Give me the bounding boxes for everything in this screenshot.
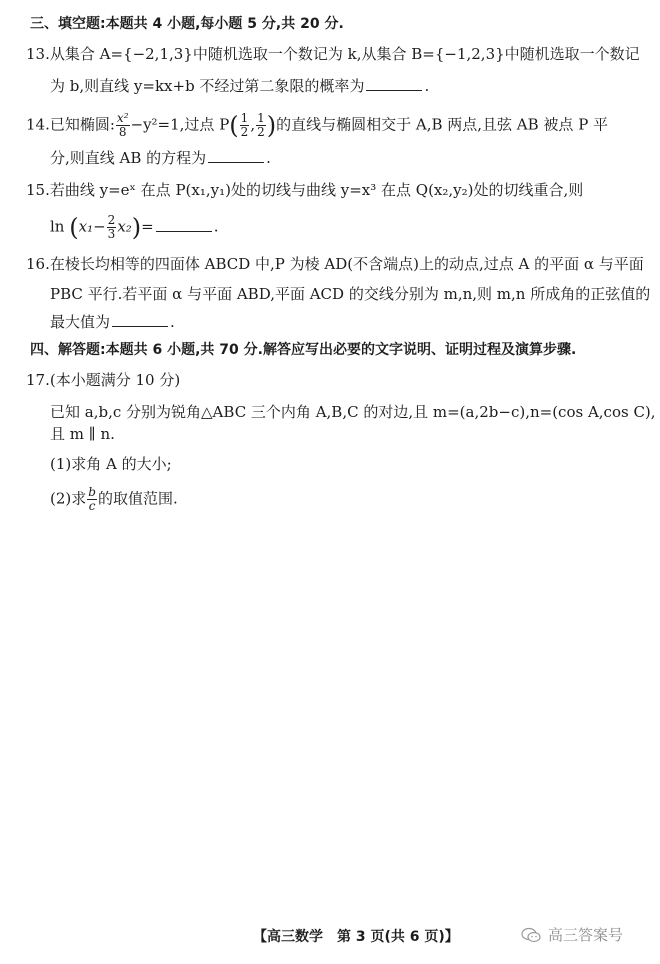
- question-17-line-1: 已知 a,b,c 分别为锐角△ABC 三个内角 A,B,C 的对边,且 m=(a…: [50, 402, 656, 422]
- question-number: 13.: [26, 45, 50, 63]
- question-16-line-3: 最大值为.: [50, 312, 175, 332]
- watermark-text: 高三答案号: [548, 924, 623, 945]
- question-14-line-1: 14.已知椭圆:x²8−y²=1,过点 P(12,12)的直线与椭圆相交于 A,…: [26, 112, 608, 139]
- period: .: [214, 218, 219, 236]
- numerator: 1: [240, 112, 250, 126]
- question-17-header: 17.(本小题满分 10 分): [26, 370, 180, 390]
- left-paren: (: [69, 214, 78, 242]
- score-note: (本小题满分 10 分): [50, 371, 180, 389]
- question-text: 分,则直线 AB 的方程为: [50, 149, 206, 167]
- denominator: 3: [108, 228, 116, 241]
- fraction: x²8: [116, 112, 130, 139]
- denominator: c: [89, 500, 96, 513]
- question-number: 17.: [26, 371, 50, 389]
- question-15-line-2: ln (x₁−23x₂)=.: [50, 214, 219, 241]
- equals: =: [141, 218, 154, 236]
- question-text: 最大值为: [50, 313, 110, 331]
- fraction: 12: [256, 112, 266, 139]
- question-text: 若曲线 y=eˣ 在点 P(x₁,y₁)处的切线与曲线 y=x³ 在点 Q(x₂…: [50, 181, 583, 199]
- question-15-line-1: 15.若曲线 y=eˣ 在点 P(x₁,y₁)处的切线与曲线 y=x³ 在点 Q…: [26, 180, 583, 200]
- question-text: 在棱长均相等的四面体 ABCD 中,P 为棱 AD(不含端点)上的动点,过点 A…: [50, 255, 644, 273]
- period: .: [266, 149, 271, 167]
- question-17-part-1: (1)求角 A 的大小;: [50, 454, 172, 474]
- period: .: [170, 313, 175, 331]
- page-footer: 【高三数学 第 3 页(共 6 页)】: [253, 926, 459, 946]
- denominator: 2: [257, 126, 265, 139]
- numerator: 1: [256, 112, 266, 126]
- question-text: 且 m ∥ n.: [50, 425, 115, 443]
- x2-term: x₂: [117, 218, 131, 236]
- question-17-line-2: 且 m ∥ n.: [50, 424, 115, 444]
- question-13-line-2: 为 b,则直线 y=kx+b 不经过第二象限的概率为.: [50, 76, 429, 96]
- question-13-line-1: 13.从集合 A={−2,1,3}中随机选取一个数记为 k,从集合 B={−1,…: [26, 44, 640, 64]
- numerator: x²: [116, 112, 130, 126]
- left-paren: (: [229, 112, 238, 140]
- question-number: 15.: [26, 181, 50, 199]
- question-14-line-2: 分,则直线 AB 的方程为.: [50, 148, 271, 168]
- denominator: 8: [119, 126, 127, 139]
- wechat-icon: [520, 927, 542, 943]
- answer-blank: [208, 148, 264, 163]
- section-3-heading: 三、填空题:本题共 4 小题,每小题 5 分,共 20 分.: [30, 14, 344, 34]
- period: .: [424, 77, 429, 95]
- question-number: 14.: [26, 116, 50, 134]
- question-text: 的直线与椭圆相交于 A,B 两点,且弦 AB 被点 P 平: [276, 116, 608, 134]
- denominator: 2: [241, 126, 249, 139]
- answer-blank: [156, 217, 212, 232]
- question-text: 已知 a,b,c 分别为锐角△ABC 三个内角 A,B,C 的对边,且 m=(a…: [50, 403, 656, 421]
- numerator: b: [87, 486, 97, 500]
- question-text: (1)求角 A 的大小;: [50, 455, 172, 473]
- answer-blank: [366, 76, 422, 91]
- fraction: 12: [240, 112, 250, 139]
- question-text: 为 b,则直线 y=kx+b 不经过第二象限的概率为: [50, 77, 364, 95]
- fraction: 23: [107, 214, 117, 241]
- x1-term: x₁−: [79, 218, 106, 236]
- section-4-heading: 四、解答题:本题共 6 小题,共 70 分.解答应写出必要的文字说明、证明过程及…: [30, 340, 576, 360]
- question-text: 的取值范围.: [98, 490, 178, 508]
- right-paren: ): [132, 214, 141, 242]
- ln-text: ln: [50, 218, 64, 236]
- fraction: bc: [87, 486, 97, 513]
- right-paren: ): [267, 112, 276, 140]
- watermark: 高三答案号: [520, 924, 623, 945]
- question-16-line-1: 16.在棱长均相等的四面体 ABCD 中,P 为棱 AD(不含端点)上的动点,过…: [26, 254, 644, 274]
- question-text: 已知椭圆:: [50, 116, 115, 134]
- question-16-line-2: PBC 平行.若平面 α 与平面 ABD,平面 ACD 的交线分别为 m,n,则…: [50, 284, 650, 304]
- question-text: 从集合 A={−2,1,3}中随机选取一个数记为 k,从集合 B={−1,2,3…: [50, 45, 640, 63]
- question-text: PBC 平行.若平面 α 与平面 ABD,平面 ACD 的交线分别为 m,n,则…: [50, 285, 650, 303]
- question-number: 16.: [26, 255, 50, 273]
- answer-blank: [112, 312, 168, 327]
- question-text: (2)求: [50, 490, 86, 508]
- equation-text: −y²=1,过点 P: [131, 116, 230, 134]
- numerator: 2: [107, 214, 117, 228]
- question-17-part-2: (2)求bc的取值范围.: [50, 486, 178, 513]
